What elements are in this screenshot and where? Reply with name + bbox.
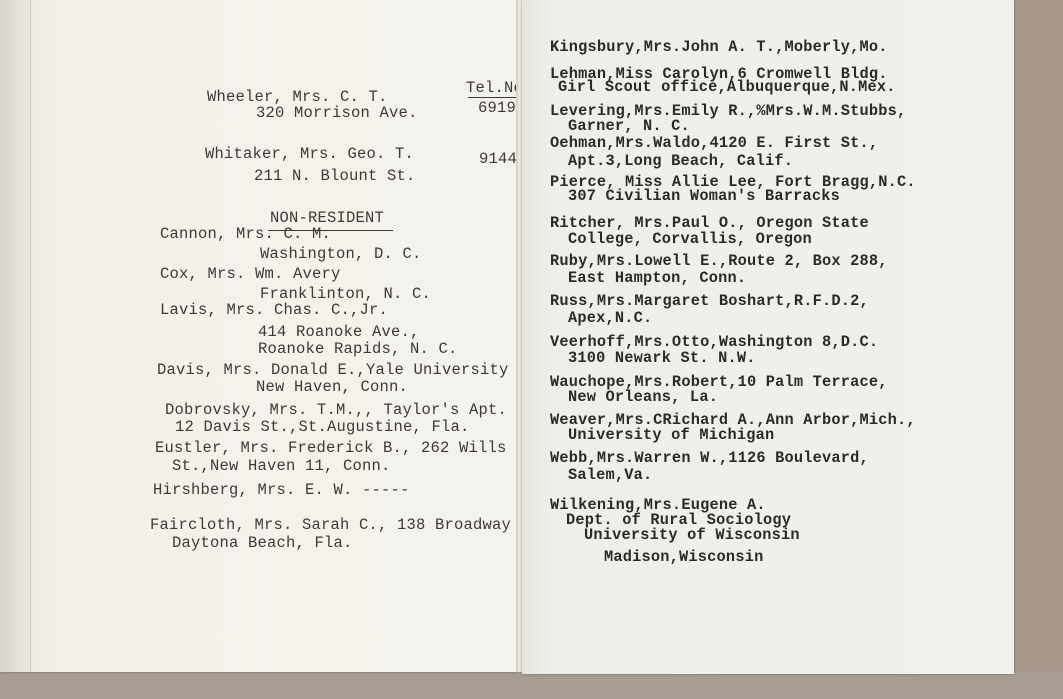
entry-line: Garner, N. C. [568,118,690,134]
entry-line: New Haven, Conn. [256,379,408,395]
right-page: Kingsbury,Mrs.John A. T.,Moberly,Mo. Leh… [522,0,1014,674]
entry-line: Cannon, Mrs. C. M. [160,226,331,242]
entry-line: College, Corvallis, Oregon [568,231,812,247]
entry-tel: 6919 [478,100,516,116]
entry-line: University of Michigan [568,427,774,443]
entry-line: Daytona Beach, Fla. [172,535,353,551]
entry-line: Faircloth, Mrs. Sarah C., 138 Broadway [150,517,511,533]
entry-line: Apt.3,Long Beach, Calif. [568,153,793,169]
section-header: NON-RESIDENT [270,210,384,226]
entry-line: East Hampton, Conn. [568,270,746,286]
cover-board-bottom [0,672,1063,699]
entry-line: Washington, D. C. [260,246,422,262]
entry-address: 211 N. Blount St. [254,168,416,184]
entry-line: Kingsbury,Mrs.John A. T.,Moberly,Mo. [550,39,888,55]
entry-line: St.,New Haven 11, Conn. [172,458,391,474]
tel-header-rule [468,97,516,98]
entry-tel: 9144 [479,151,517,167]
entry-line: New Orleans, La. [568,389,718,405]
entry-line: 414 Roanoke Ave., [258,324,420,340]
entry-line: 307 Civilian Woman's Barracks [568,188,840,204]
entry-line: Franklinton, N. C. [260,286,431,302]
entry-line: Madison,Wisconsin [604,549,763,565]
entry-line: Dobrovsky, Mrs. T.M.,, Taylor's Apt. [165,402,507,418]
entry-line: Roanoke Rapids, N. C. [258,341,458,357]
entry-line: Cox, Mrs. Wm. Avery [160,266,341,282]
left-page: Tel.No Wheeler, Mrs. C. T. 320 Morrison … [0,0,518,672]
entry-line: Hirshberg, Mrs. E. W. ----- [153,482,410,498]
entry-name: Wheeler, Mrs. C. T. [207,89,388,105]
entry-line: Girl Scout office,Albuquerque,N.Mex. [558,79,896,95]
entry-line: Salem,Va. [568,467,652,483]
page-stack-edge [0,0,31,672]
entry-name: Whitaker, Mrs. Geo. T. [205,146,414,162]
entry-address: 320 Morrison Ave. [256,105,418,121]
entry-line: Russ,Mrs.Margaret Boshart,R.F.D.2, [550,293,869,309]
entry-line: Ritcher, Mrs.Paul O., Oregon State [550,215,869,231]
entry-line: Ruby,Mrs.Lowell E.,Route 2, Box 288, [550,253,888,269]
entry-line: 3100 Newark St. N.W. [568,350,756,366]
entry-line: Davis, Mrs. Donald E.,Yale University [157,362,509,378]
entry-line: Eustler, Mrs. Frederick B., 262 Wills [155,440,507,456]
entry-line: University of Wisconsin [584,527,800,543]
entry-line: 12 Davis St.,St.Augustine, Fla. [175,419,470,435]
entry-line: Lavis, Mrs. Chas. C.,Jr. [160,302,388,318]
tel-header: Tel.No [466,80,523,96]
entry-line: Webb,Mrs.Warren W.,1126 Boulevard, [550,450,869,466]
cover-board [1010,0,1063,699]
entry-line: Veerhoff,Mrs.Otto,Washington 8,D.C. [550,334,878,350]
entry-line: Oehman,Mrs.Waldo,4120 E. First St., [550,135,878,151]
entry-line: Apex,N.C. [568,310,652,326]
